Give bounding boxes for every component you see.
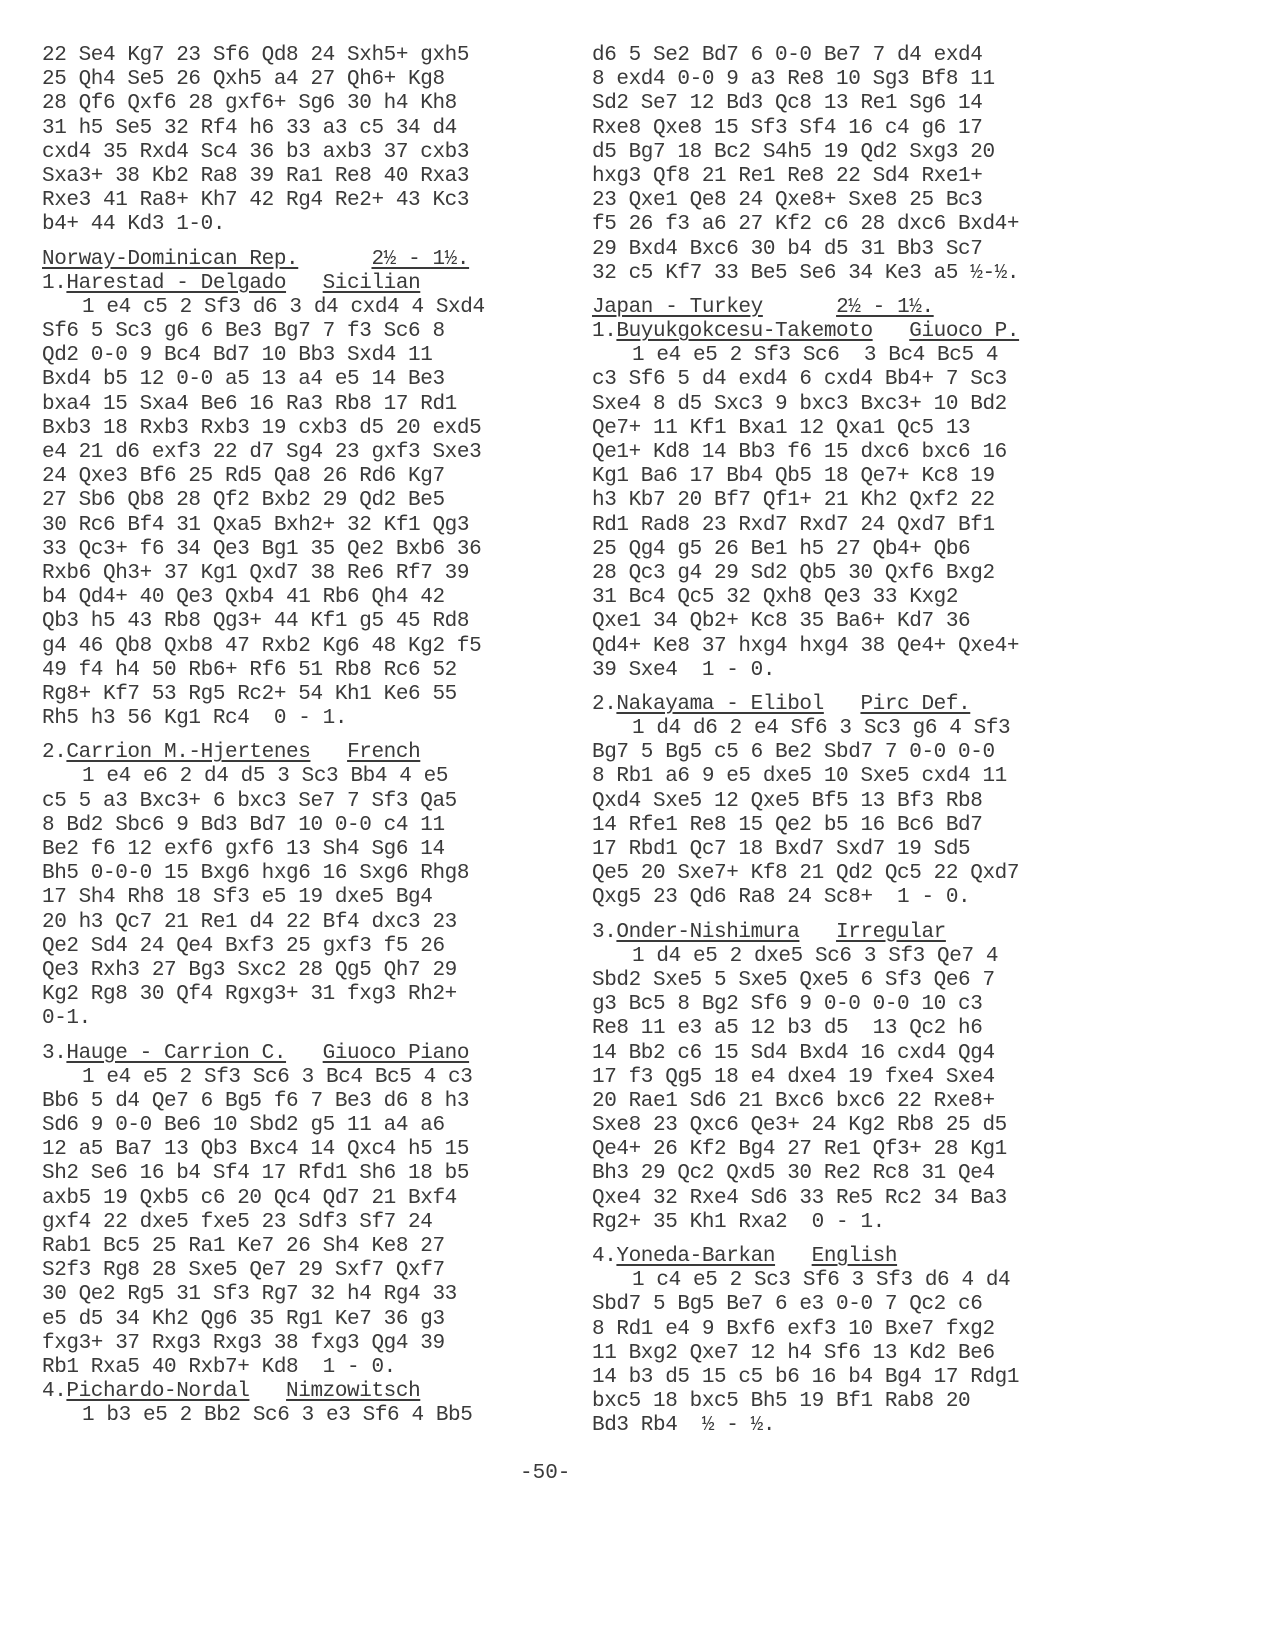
move-line: Kg1 Ba6 17 Bb4 Qb5 18 Qe7+ Kc8 19	[592, 465, 1072, 489]
game-header: 2.Nakayama - Elibol Pirc Def.	[592, 693, 1072, 717]
game-opening: Giuoco P.	[909, 320, 1019, 343]
move-line: 12 a5 Ba7 13 Qb3 Bxc4 14 Qxc4 h5 15	[42, 1138, 542, 1162]
move-line: Qe4+ 26 Kf2 Bg4 27 Re1 Qf3+ 28 Kg1	[592, 1138, 1072, 1162]
move-line: Bh5 0-0-0 15 Bxg6 hxg6 16 Sxg6 Rhg8	[42, 862, 542, 886]
left-text-column: 22 Se4 Kg7 23 Sf6 Qd8 24 Sxh5+ gxh525 Qh…	[42, 44, 542, 1429]
move-line: 30 Qe2 Rg5 31 Sf3 Rg7 32 h4 Rg4 33	[42, 1283, 542, 1307]
move-line: Be2 f6 12 exf6 gxf6 13 Sh4 Sg6 14	[42, 838, 542, 862]
game-opening: English	[812, 1245, 897, 1268]
game-players: Carrion M.-Hjertenes	[66, 741, 310, 764]
move-line: Qe3 Rxh3 27 Bg3 Sxc2 28 Qg5 Qh7 29	[42, 959, 542, 983]
move-line: 20 h3 Qc7 21 Re1 d4 22 Bf4 dxc3 23	[42, 911, 542, 935]
move-line: 49 f4 h4 50 Rb6+ Rf6 51 Rb8 Rc6 52	[42, 659, 542, 683]
spacer	[286, 1042, 323, 1065]
game-players: Harestad - Delgado	[66, 272, 286, 295]
move-line: 17 Rbd1 Qc7 18 Bxd7 Sxd7 19 Sd5	[592, 838, 1072, 862]
move-line: Qxe4 32 Rxe4 Sd6 33 Re5 Rc2 34 Ba3	[592, 1187, 1072, 1211]
match-score: 2½ - 1½.	[371, 248, 469, 271]
game-opening: French	[347, 741, 420, 764]
move-line: 28 Qf6 Qxf6 28 gxf6+ Sg6 30 h4 Kh8	[42, 92, 542, 116]
spacer	[873, 320, 910, 343]
right-text-column: d6 5 Se2 Bd7 6 0-0 Be7 7 d4 exd48 exd4 0…	[592, 44, 1072, 1439]
game-opening: Pirc Def.	[860, 693, 970, 716]
move-line: 27 Sb6 Qb8 28 Qf2 Bxb2 29 Qd2 Be5	[42, 489, 542, 513]
move-line: 25 Qg4 g5 26 Be1 h5 27 Qb4+ Qb6	[592, 538, 1072, 562]
move-line: 20 Rae1 Sd6 21 Bxc6 bxc6 22 Rxe8+	[592, 1090, 1072, 1114]
move-line: Bd3 Rb4 ½ - ½.	[592, 1414, 1072, 1438]
game-players: Nakayama - Elibol	[616, 693, 823, 716]
game-header: 3.Onder-Nishimura Irregular	[592, 921, 1072, 945]
move-line: fxg3+ 37 Rxg3 Rxg3 38 fxg3 Qg4 39	[42, 1332, 542, 1356]
game-number: 4.	[592, 1245, 616, 1268]
game-first-line: 1 d4 e5 2 dxe5 Sc6 3 Sf3 Qe7 4	[592, 945, 1072, 969]
move-line: Rg2+ 35 Kh1 Rxa2 0 - 1.	[592, 1211, 1072, 1235]
move-line: d5 Bg7 18 Bc2 S4h5 19 Qd2 Sxg3 20	[592, 141, 1072, 165]
game-opening: Sicilian	[323, 272, 421, 295]
game-players: Yoneda-Barkan	[616, 1245, 775, 1268]
move-line: Bg7 5 Bg5 c5 6 Be2 Sbd7 7 0-0 0-0	[592, 741, 1072, 765]
move-line: 17 f3 Qg5 18 e4 dxe4 19 fxe4 Sxe4	[592, 1066, 1072, 1090]
move-line: axb5 19 Qxb5 c6 20 Qc4 Qd7 21 Bxf4	[42, 1187, 542, 1211]
move-line: 23 Qxe1 Qe8 24 Qxe8+ Sxe8 25 Bc3	[592, 189, 1072, 213]
game-number: 3.	[42, 1042, 66, 1065]
spacer	[42, 1032, 542, 1042]
move-line: 32 c5 Kf7 33 Be5 Se6 34 Ke3 a5 ½-½.	[592, 262, 1072, 286]
spacer	[763, 296, 836, 319]
move-line: 22 Se4 Kg7 23 Sf6 Qd8 24 Sxh5+ gxh5	[42, 44, 542, 68]
move-line: hxg3 Qf8 21 Re1 Re8 22 Sd4 Rxe1+	[592, 165, 1072, 189]
game-header: 4.Pichardo-Nordal Nimzowitsch	[42, 1380, 542, 1404]
move-line: cxd4 35 Rxd4 Sc4 36 b3 axb3 37 cxb3	[42, 141, 542, 165]
move-line: Sxa3+ 38 Kb2 Ra8 39 Ra1 Re8 40 Rxa3	[42, 165, 542, 189]
spacer	[298, 248, 371, 271]
move-line: 24 Qxe3 Bf6 25 Rd5 Qa8 26 Rd6 Kg7	[42, 465, 542, 489]
game-first-line: 1 e4 e5 2 Sf3 Sc6 3 Bc4 Bc5 4	[592, 344, 1072, 368]
move-line: Rb1 Rxa5 40 Rxb7+ Kd8 1 - 0.	[42, 1356, 542, 1380]
move-line: Rxe8 Qxe8 15 Sf3 Sf4 16 c4 g6 17	[592, 117, 1072, 141]
move-line: 0-1.	[42, 1007, 542, 1031]
spacer	[592, 1235, 1072, 1245]
game-header: 2.Carrion M.-Hjertenes French	[42, 741, 542, 765]
game-first-line: 1 c4 e5 2 Sc3 Sf6 3 Sf3 d6 4 d4	[592, 1269, 1072, 1293]
match-teams: Japan - Turkey	[592, 296, 763, 319]
move-line: Bh3 29 Qc2 Qxd5 30 Re2 Rc8 31 Qe4	[592, 1162, 1072, 1186]
move-line: c5 5 a3 Bxc3+ 6 bxc3 Se7 7 Sf3 Qa5	[42, 790, 542, 814]
move-line: 14 Bb2 c6 15 Sd4 Bxd4 16 cxd4 Qg4	[592, 1042, 1072, 1066]
spacer	[286, 272, 323, 295]
spacer	[42, 731, 542, 741]
move-line: 25 Qh4 Se5 26 Qxh5 a4 27 Qh6+ Kg8	[42, 68, 542, 92]
spacer	[592, 911, 1072, 921]
move-line: Sd2 Se7 12 Bd3 Qc8 13 Re1 Sg6 14	[592, 92, 1072, 116]
spacer	[775, 1245, 812, 1268]
move-line: g4 46 Qb8 Qxb8 47 Rxb2 Kg6 48 Kg2 f5	[42, 635, 542, 659]
move-line: Sbd2 Sxe5 5 Sxe5 Qxe5 6 Sf3 Qe6 7	[592, 969, 1072, 993]
move-line: 8 exd4 0-0 9 a3 Re8 10 Sg3 Bf8 11	[592, 68, 1072, 92]
move-line: 17 Sh4 Rh8 18 Sf3 e5 19 dxe5 Bg4	[42, 886, 542, 910]
move-line: Rxe3 41 Ra8+ Kh7 42 Rg4 Re2+ 43 Kc3	[42, 189, 542, 213]
game-first-line: 1 e4 e6 2 d4 d5 3 Sc3 Bb4 4 e5	[42, 765, 542, 789]
move-line: Sbd7 5 Bg5 Be7 6 e3 0-0 7 Qc2 c6	[592, 1293, 1072, 1317]
move-line: g3 Bc5 8 Bg2 Sf6 9 0-0 0-0 10 c3	[592, 993, 1072, 1017]
game-header: 1.Buyukgokcesu-Takemoto Giuoco P.	[592, 320, 1072, 344]
move-line: Qd4+ Ke8 37 hxg4 hxg4 38 Qe4+ Qxe4+	[592, 635, 1072, 659]
move-line: Rxb6 Qh3+ 37 Kg1 Qxd7 38 Re6 Rf7 39	[42, 562, 542, 586]
match-header: Norway-Dominican Rep. 2½ - 1½.	[42, 248, 542, 272]
move-line: Qxe1 34 Qb2+ Kc8 35 Ba6+ Kd7 36	[592, 610, 1072, 634]
game-first-line: 1 e4 c5 2 Sf3 d6 3 d4 cxd4 4 Sxd4	[42, 296, 542, 320]
move-line: Qe1+ Kd8 14 Bb3 f6 15 dxc6 bxc6 16	[592, 441, 1072, 465]
spacer	[42, 238, 542, 248]
move-line: Kg2 Rg8 30 Qf4 Rgxg3+ 31 fxg3 Rh2+	[42, 983, 542, 1007]
game-first-line: 1 b3 e5 2 Bb2 Sc6 3 e3 Sf6 4 Bb5	[42, 1404, 542, 1428]
move-line: bxa4 15 Sxa4 Be6 16 Ra3 Rb8 17 Rd1	[42, 393, 542, 417]
page-number: -50-	[520, 1462, 570, 1485]
move-line: Sf6 5 Sc3 g6 6 Be3 Bg7 7 f3 Sc6 8	[42, 320, 542, 344]
game-number: 1.	[592, 320, 616, 343]
move-line: Rh5 h3 56 Kg1 Rc4 0 - 1.	[42, 707, 542, 731]
move-line: Rd1 Rad8 23 Rxd7 Rxd7 24 Qxd7 Bf1	[592, 514, 1072, 538]
move-line: Sxe4 8 d5 Sxc3 9 bxc3 Bxc3+ 10 Bd2	[592, 393, 1072, 417]
game-first-line: 1 d4 d6 2 e4 Sf6 3 Sc3 g6 4 Sf3	[592, 717, 1072, 741]
move-line: Qxd4 Sxe5 12 Qxe5 Bf5 13 Bf3 Rb8	[592, 790, 1072, 814]
spacer	[799, 921, 836, 944]
match-score: 2½ - 1½.	[836, 296, 934, 319]
move-line: b4+ 44 Kd3 1-0.	[42, 213, 542, 237]
move-line: e5 d5 34 Kh2 Qg6 35 Rg1 Ke7 36 g3	[42, 1308, 542, 1332]
move-line: Qxg5 23 Qd6 Ra8 24 Sc8+ 1 - 0.	[592, 886, 1072, 910]
move-line: 8 Bd2 Sbc6 9 Bd3 Bd7 10 0-0 c4 11	[42, 814, 542, 838]
move-line: 31 h5 Se5 32 Rf4 h6 33 a3 c5 34 d4	[42, 117, 542, 141]
move-line: Sd6 9 0-0 Be6 10 Sbd2 g5 11 a4 a6	[42, 1114, 542, 1138]
move-line: 8 Rd1 e4 9 Bxf6 exf3 10 Bxe7 fxg2	[592, 1318, 1072, 1342]
move-line: c3 Sf6 5 d4 exd4 6 cxd4 Bb4+ 7 Sc3	[592, 368, 1072, 392]
spacer	[592, 286, 1072, 296]
game-number: 1.	[42, 272, 66, 295]
move-line: gxf4 22 dxe5 fxe5 23 Sdf3 Sf7 24	[42, 1211, 542, 1235]
move-line: h3 Kb7 20 Bf7 Qf1+ 21 Kh2 Qxf2 22	[592, 489, 1072, 513]
spacer	[824, 693, 861, 716]
move-line: d6 5 Se2 Bd7 6 0-0 Be7 7 d4 exd4	[592, 44, 1072, 68]
move-line: 29 Bxd4 Bxc6 30 b4 d5 31 Bb3 Sc7	[592, 238, 1072, 262]
move-line: 8 Rb1 a6 9 e5 dxe5 10 Sxe5 cxd4 11	[592, 765, 1072, 789]
game-opening: Nimzowitsch	[286, 1380, 420, 1403]
move-line: 11 Bxg2 Qxe7 12 h4 Sf6 13 Kd2 Be6	[592, 1342, 1072, 1366]
game-header: 1.Harestad - Delgado Sicilian	[42, 272, 542, 296]
move-line: 39 Sxe4 1 - 0.	[592, 659, 1072, 683]
game-opening: Irregular	[836, 921, 946, 944]
game-players: Hauge - Carrion C.	[66, 1042, 286, 1065]
game-number: 2.	[592, 693, 616, 716]
move-line: Bb6 5 d4 Qe7 6 Bg5 f6 7 Be3 d6 8 h3	[42, 1090, 542, 1114]
move-line: Qd2 0-0 9 Bc4 Bd7 10 Bb3 Sxd4 11	[42, 344, 542, 368]
game-first-line: 1 e4 e5 2 Sf3 Sc6 3 Bc4 Bc5 4 c3	[42, 1066, 542, 1090]
move-line: Qb3 h5 43 Rb8 Qg3+ 44 Kf1 g5 45 Rd8	[42, 610, 542, 634]
game-players: Pichardo-Nordal	[66, 1380, 249, 1403]
move-line: Rab1 Bc5 25 Ra1 Ke7 26 Sh4 Ke8 27	[42, 1235, 542, 1259]
move-line: 28 Qc3 g4 29 Sd2 Qb5 30 Qxf6 Bxg2	[592, 562, 1072, 586]
move-line: 14 b3 d5 15 c5 b6 16 b4 Bg4 17 Rdg1	[592, 1366, 1072, 1390]
move-line: Rg8+ Kf7 53 Rg5 Rc2+ 54 Kh1 Ke6 55	[42, 683, 542, 707]
game-players: Buyukgokcesu-Takemoto	[616, 320, 872, 343]
spacer	[249, 1380, 286, 1403]
move-line: Qe5 20 Sxe7+ Kf8 21 Qd2 Qc5 22 Qxd7	[592, 862, 1072, 886]
move-line: b4 Qd4+ 40 Qe3 Qxb4 41 Rb6 Qh4 42	[42, 586, 542, 610]
game-header: 3.Hauge - Carrion C. Giuoco Piano	[42, 1042, 542, 1066]
move-line: f5 26 f3 a6 27 Kf2 c6 28 dxc6 Bxd4+	[592, 213, 1072, 237]
move-line: 31 Bc4 Qc5 32 Qxh8 Qe3 33 Kxg2	[592, 586, 1072, 610]
move-line: 33 Qc3+ f6 34 Qe3 Bg1 35 Qe2 Bxb6 36	[42, 538, 542, 562]
game-players: Onder-Nishimura	[616, 921, 799, 944]
move-line: Re8 11 e3 a5 12 b3 d5 13 Qc2 h6	[592, 1017, 1072, 1041]
game-opening: Giuoco Piano	[323, 1042, 469, 1065]
move-line: bxc5 18 bxc5 Bh5 19 Bf1 Rab8 20	[592, 1390, 1072, 1414]
move-line: Qe2 Sd4 24 Qe4 Bxf3 25 gxf3 f5 26	[42, 935, 542, 959]
move-line: Sxe8 23 Qxc6 Qe3+ 24 Kg2 Rb8 25 d5	[592, 1114, 1072, 1138]
move-line: Bxb3 18 Rxb3 Rxb3 19 cxb3 d5 20 exd5	[42, 417, 542, 441]
game-number: 4.	[42, 1380, 66, 1403]
game-number: 3.	[592, 921, 616, 944]
match-teams: Norway-Dominican Rep.	[42, 248, 298, 271]
move-line: e4 21 d6 exf3 22 d7 Sg4 23 gxf3 Sxe3	[42, 441, 542, 465]
game-number: 2.	[42, 741, 66, 764]
spacer	[592, 683, 1072, 693]
move-line: Qe7+ 11 Kf1 Bxa1 12 Qxa1 Qc5 13	[592, 417, 1072, 441]
move-line: Bxd4 b5 12 0-0 a5 13 a4 e5 14 Be3	[42, 368, 542, 392]
game-header: 4.Yoneda-Barkan English	[592, 1245, 1072, 1269]
move-line: 14 Rfe1 Re8 15 Qe2 b5 16 Bc6 Bd7	[592, 814, 1072, 838]
move-line: Sh2 Se6 16 b4 Sf4 17 Rfd1 Sh6 18 b5	[42, 1162, 542, 1186]
match-header: Japan - Turkey 2½ - 1½.	[592, 296, 1072, 320]
spacer	[310, 741, 347, 764]
move-line: 30 Rc6 Bf4 31 Qxa5 Bxh2+ 32 Kf1 Qg3	[42, 514, 542, 538]
move-line: S2f3 Rg8 28 Sxe5 Qe7 29 Sxf7 Qxf7	[42, 1259, 542, 1283]
